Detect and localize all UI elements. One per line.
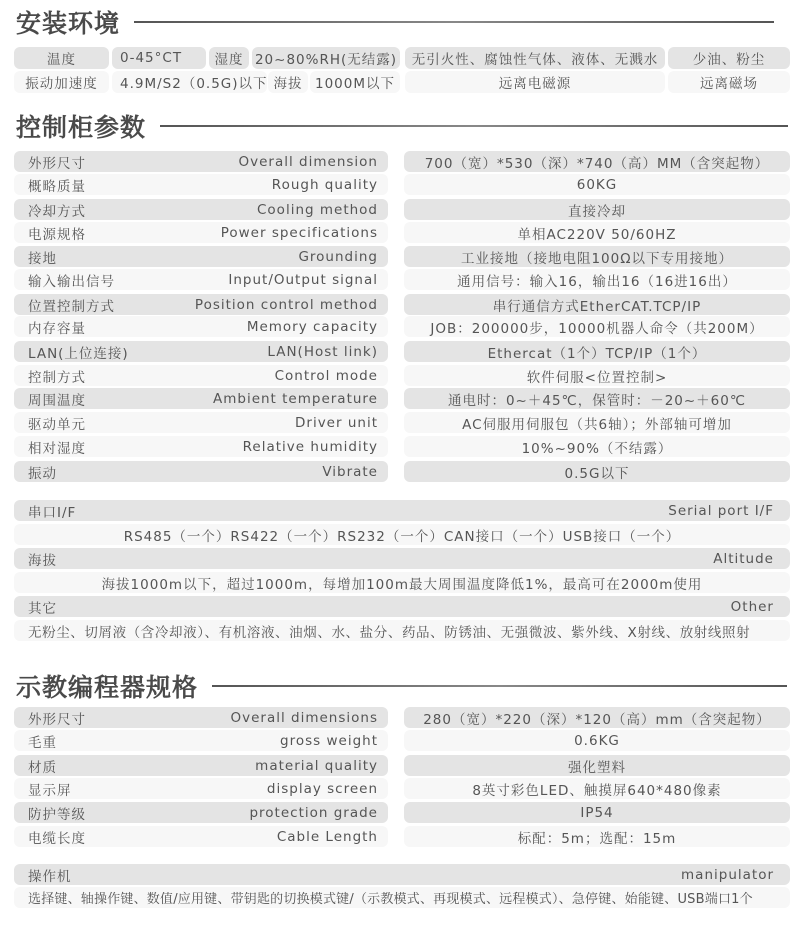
row-label-cn: 外形尺寸	[28, 708, 86, 728]
cabinet-row-value: 串行通信方式EtherCAT.TCP/IP	[404, 294, 790, 315]
row-label-en: Serial port I/F	[668, 503, 774, 519]
pendant-wide-value-manipulator: 选择键、轴操作键、数值/应用键、带钥匙的切换模式键/（示教模式、再现模式、远程模…	[14, 887, 790, 908]
pendant-row-label: 毛重gross weight	[14, 730, 388, 751]
row-label-cn: 驱动单元	[28, 413, 86, 433]
cabinet-row-value: 软件伺服<位置控制>	[404, 365, 790, 386]
row-label-cn: 电缆长度	[28, 827, 86, 847]
cabinet-row-label: LAN(上位连接)LAN(Host link)	[14, 341, 388, 362]
env-em-source: 远离电磁源	[405, 71, 665, 93]
row-label-en: gross weight	[280, 733, 378, 749]
pendant-row-label: 防护等级protection grade	[14, 802, 388, 823]
row-label-en: LAN(Host link)	[267, 344, 378, 360]
pendant-row-label: 显示屏display screen	[14, 778, 388, 799]
row-label-cn: 控制方式	[28, 366, 86, 386]
cabinet-row-label: 控制方式Control mode	[14, 365, 388, 386]
env-gas-condition: 无引火性、腐蚀性气体、液体、无溅水	[405, 47, 665, 69]
row-label-cn: 电源规格	[28, 223, 86, 243]
row-label-cn: 位置控制方式	[28, 295, 115, 315]
env-value-humidity: 20~80%RH(无结露)	[252, 47, 400, 69]
row-label-en: Other	[731, 599, 774, 615]
row-label-cn: 内存容量	[28, 317, 86, 337]
row-label-en: Grounding	[298, 249, 378, 265]
row-label-cn: 串口I/F	[28, 501, 76, 521]
pendant-row-value: 标配：5m；选配：15m	[404, 826, 790, 847]
row-label-en: Power specifications	[221, 225, 378, 241]
pendant-row-value: IP54	[404, 802, 790, 823]
row-label-en: Vibrate	[322, 464, 378, 480]
row-label-en: Ambient temperature	[213, 391, 378, 407]
row-label-en: Cooling method	[257, 202, 378, 218]
row-label-cn: 相对湿度	[28, 437, 86, 457]
pendant-row-value: 强化塑料	[404, 755, 790, 776]
row-label-cn: 接地	[28, 247, 57, 267]
row-label-cn: 其它	[28, 597, 57, 617]
cabinet-wide-value-serial: RS485（一个）RS422（一个）RS232（一个）CAN接口（一个）USB接…	[14, 524, 790, 545]
cabinet-row-label: 输入输出信号Input/Output signal	[14, 269, 388, 290]
row-label-cn: 毛重	[28, 731, 57, 751]
row-label-en: Overall dimension	[239, 154, 378, 170]
row-label-en: Relative humidity	[243, 439, 378, 455]
cabinet-wide-header-altitude: 海拔 Altitude	[14, 548, 790, 569]
title-divider	[212, 685, 787, 687]
cabinet-row-value: 直接冷却	[404, 199, 790, 220]
row-label-en: Rough quality	[272, 177, 378, 193]
row-label-cn: 材质	[28, 756, 57, 776]
section-title-text: 示教编程器规格	[16, 668, 198, 704]
cabinet-row-value: 通电时：0~＋45℃，保管时：－20~＋60℃	[404, 388, 790, 409]
env-value-altitude: 1000M以下	[310, 71, 400, 93]
cabinet-row-value: 通用信号：输入16，输出16（16进16出）	[404, 269, 790, 290]
pendant-row-label: 外形尺寸Overall dimensions	[14, 707, 388, 728]
cabinet-row-label: 外形尺寸Overall dimension	[14, 151, 388, 172]
env-value-temp: 0-45°CT	[112, 47, 206, 69]
cabinet-row-value: 工业接地（接地电阻100Ω以下专用接地）	[404, 246, 790, 267]
cabinet-wide-value-altitude: 海拔1000m以下，超过1000m，每增加100m最大周围温度降低1%，最高可在…	[14, 572, 790, 593]
title-divider	[160, 125, 788, 127]
row-label-cn: 操作机	[28, 865, 72, 885]
pendant-row-value: 8英寸彩色LED、触摸屏640*480像素	[404, 778, 790, 799]
section-title-cabinet: 控制柜参数	[16, 108, 788, 144]
cabinet-row-label: 相对湿度Relative humidity	[14, 436, 388, 457]
section-title-text: 控制柜参数	[16, 108, 146, 144]
env-magnetic: 远离磁场	[668, 71, 790, 93]
row-label-en: material quality	[255, 758, 378, 774]
row-label-cn: 显示屏	[28, 779, 72, 799]
cabinet-row-value: 单相AC220V 50/60HZ	[404, 222, 790, 243]
row-label-en: Overall dimensions	[230, 710, 378, 726]
cabinet-wide-header-other: 其它 Other	[14, 596, 790, 617]
env-value-vibration: 4.9M/S2（0.5G)以下	[112, 71, 267, 93]
row-label-cn: 周围温度	[28, 389, 86, 409]
section-title-pendant: 示教编程器规格	[16, 668, 787, 704]
cabinet-row-label: 位置控制方式Position control method	[14, 294, 388, 315]
row-label-cn: 冷却方式	[28, 200, 86, 220]
row-label-cn: 外形尺寸	[28, 152, 86, 172]
env-label-vibration: 振动加速度	[14, 71, 109, 93]
env-label-altitude: 海拔	[268, 71, 308, 93]
cabinet-row-value: JOB：200000步，10000机器人命令（共200M）	[404, 316, 790, 337]
pendant-row-label: 电缆长度Cable Length	[14, 826, 388, 847]
env-oil-dust: 少油、粉尘	[668, 47, 790, 69]
title-divider	[134, 21, 774, 23]
cabinet-row-value: 10%~90%（不结露）	[404, 436, 790, 457]
cabinet-row-label: 周围温度Ambient temperature	[14, 388, 388, 409]
row-label-en: protection grade	[249, 805, 378, 821]
row-label-cn: 输入输出信号	[28, 270, 115, 290]
cabinet-row-value: 0.5G以下	[404, 461, 790, 482]
row-label-en: Driver unit	[295, 415, 378, 431]
row-label-cn: LAN(上位连接)	[28, 342, 129, 362]
cabinet-wide-header-serial: 串口I/F Serial port I/F	[14, 500, 790, 521]
row-label-en: Input/Output signal	[228, 272, 378, 288]
cabinet-row-value: 700（宽）*530（深）*740（高）MM（含突起物）	[404, 151, 790, 172]
cabinet-row-label: 内存容量Memory capacity	[14, 316, 388, 337]
cabinet-wide-value-other: 无粉尘、切屑液（含冷却液）、有机溶液、油烟、水、盐分、药品、防锈油、无强微波、紫…	[14, 620, 790, 641]
row-label-en: Cable Length	[277, 829, 378, 845]
cabinet-row-label: 驱动单元Driver unit	[14, 412, 388, 433]
cabinet-row-label: 电源规格Power specifications	[14, 222, 388, 243]
cabinet-row-value: AC伺服用伺服包（共6轴）；外部轴可增加	[404, 412, 790, 433]
row-label-en: Altitude	[713, 551, 774, 567]
cabinet-row-label: 冷却方式Cooling method	[14, 199, 388, 220]
pendant-wide-header-manipulator: 操作机 manipulator	[14, 864, 790, 885]
pendant-row-value: 0.6KG	[404, 730, 790, 751]
env-label-humidity: 湿度	[209, 47, 249, 69]
row-label-cn: 振动	[28, 462, 57, 482]
pendant-row-value: 280（宽）*220（深）*120（高）mm（含突起物）	[404, 707, 790, 728]
row-label-cn: 海拔	[28, 549, 57, 569]
cabinet-row-value: 60KG	[404, 174, 790, 195]
cabinet-row-value: Ethercat（1个）TCP/IP（1个）	[404, 341, 790, 362]
pendant-row-label: 材质material quality	[14, 755, 388, 776]
row-label-en: display screen	[267, 781, 378, 797]
section-title-text: 安装环境	[16, 4, 120, 40]
cabinet-row-label: 振动Vibrate	[14, 461, 388, 482]
env-label-temp: 温度	[14, 47, 109, 69]
row-label-en: Control mode	[275, 368, 378, 384]
row-label-en: Memory capacity	[247, 319, 378, 335]
section-title-install-env: 安装环境	[16, 4, 774, 40]
row-label-cn: 防护等级	[28, 803, 86, 823]
row-label-en: manipulator	[681, 867, 774, 883]
row-label-en: Position control method	[195, 297, 378, 313]
row-label-cn: 概略质量	[28, 175, 86, 195]
cabinet-row-label: 接地Grounding	[14, 246, 388, 267]
cabinet-row-label: 概略质量Rough quality	[14, 174, 388, 195]
